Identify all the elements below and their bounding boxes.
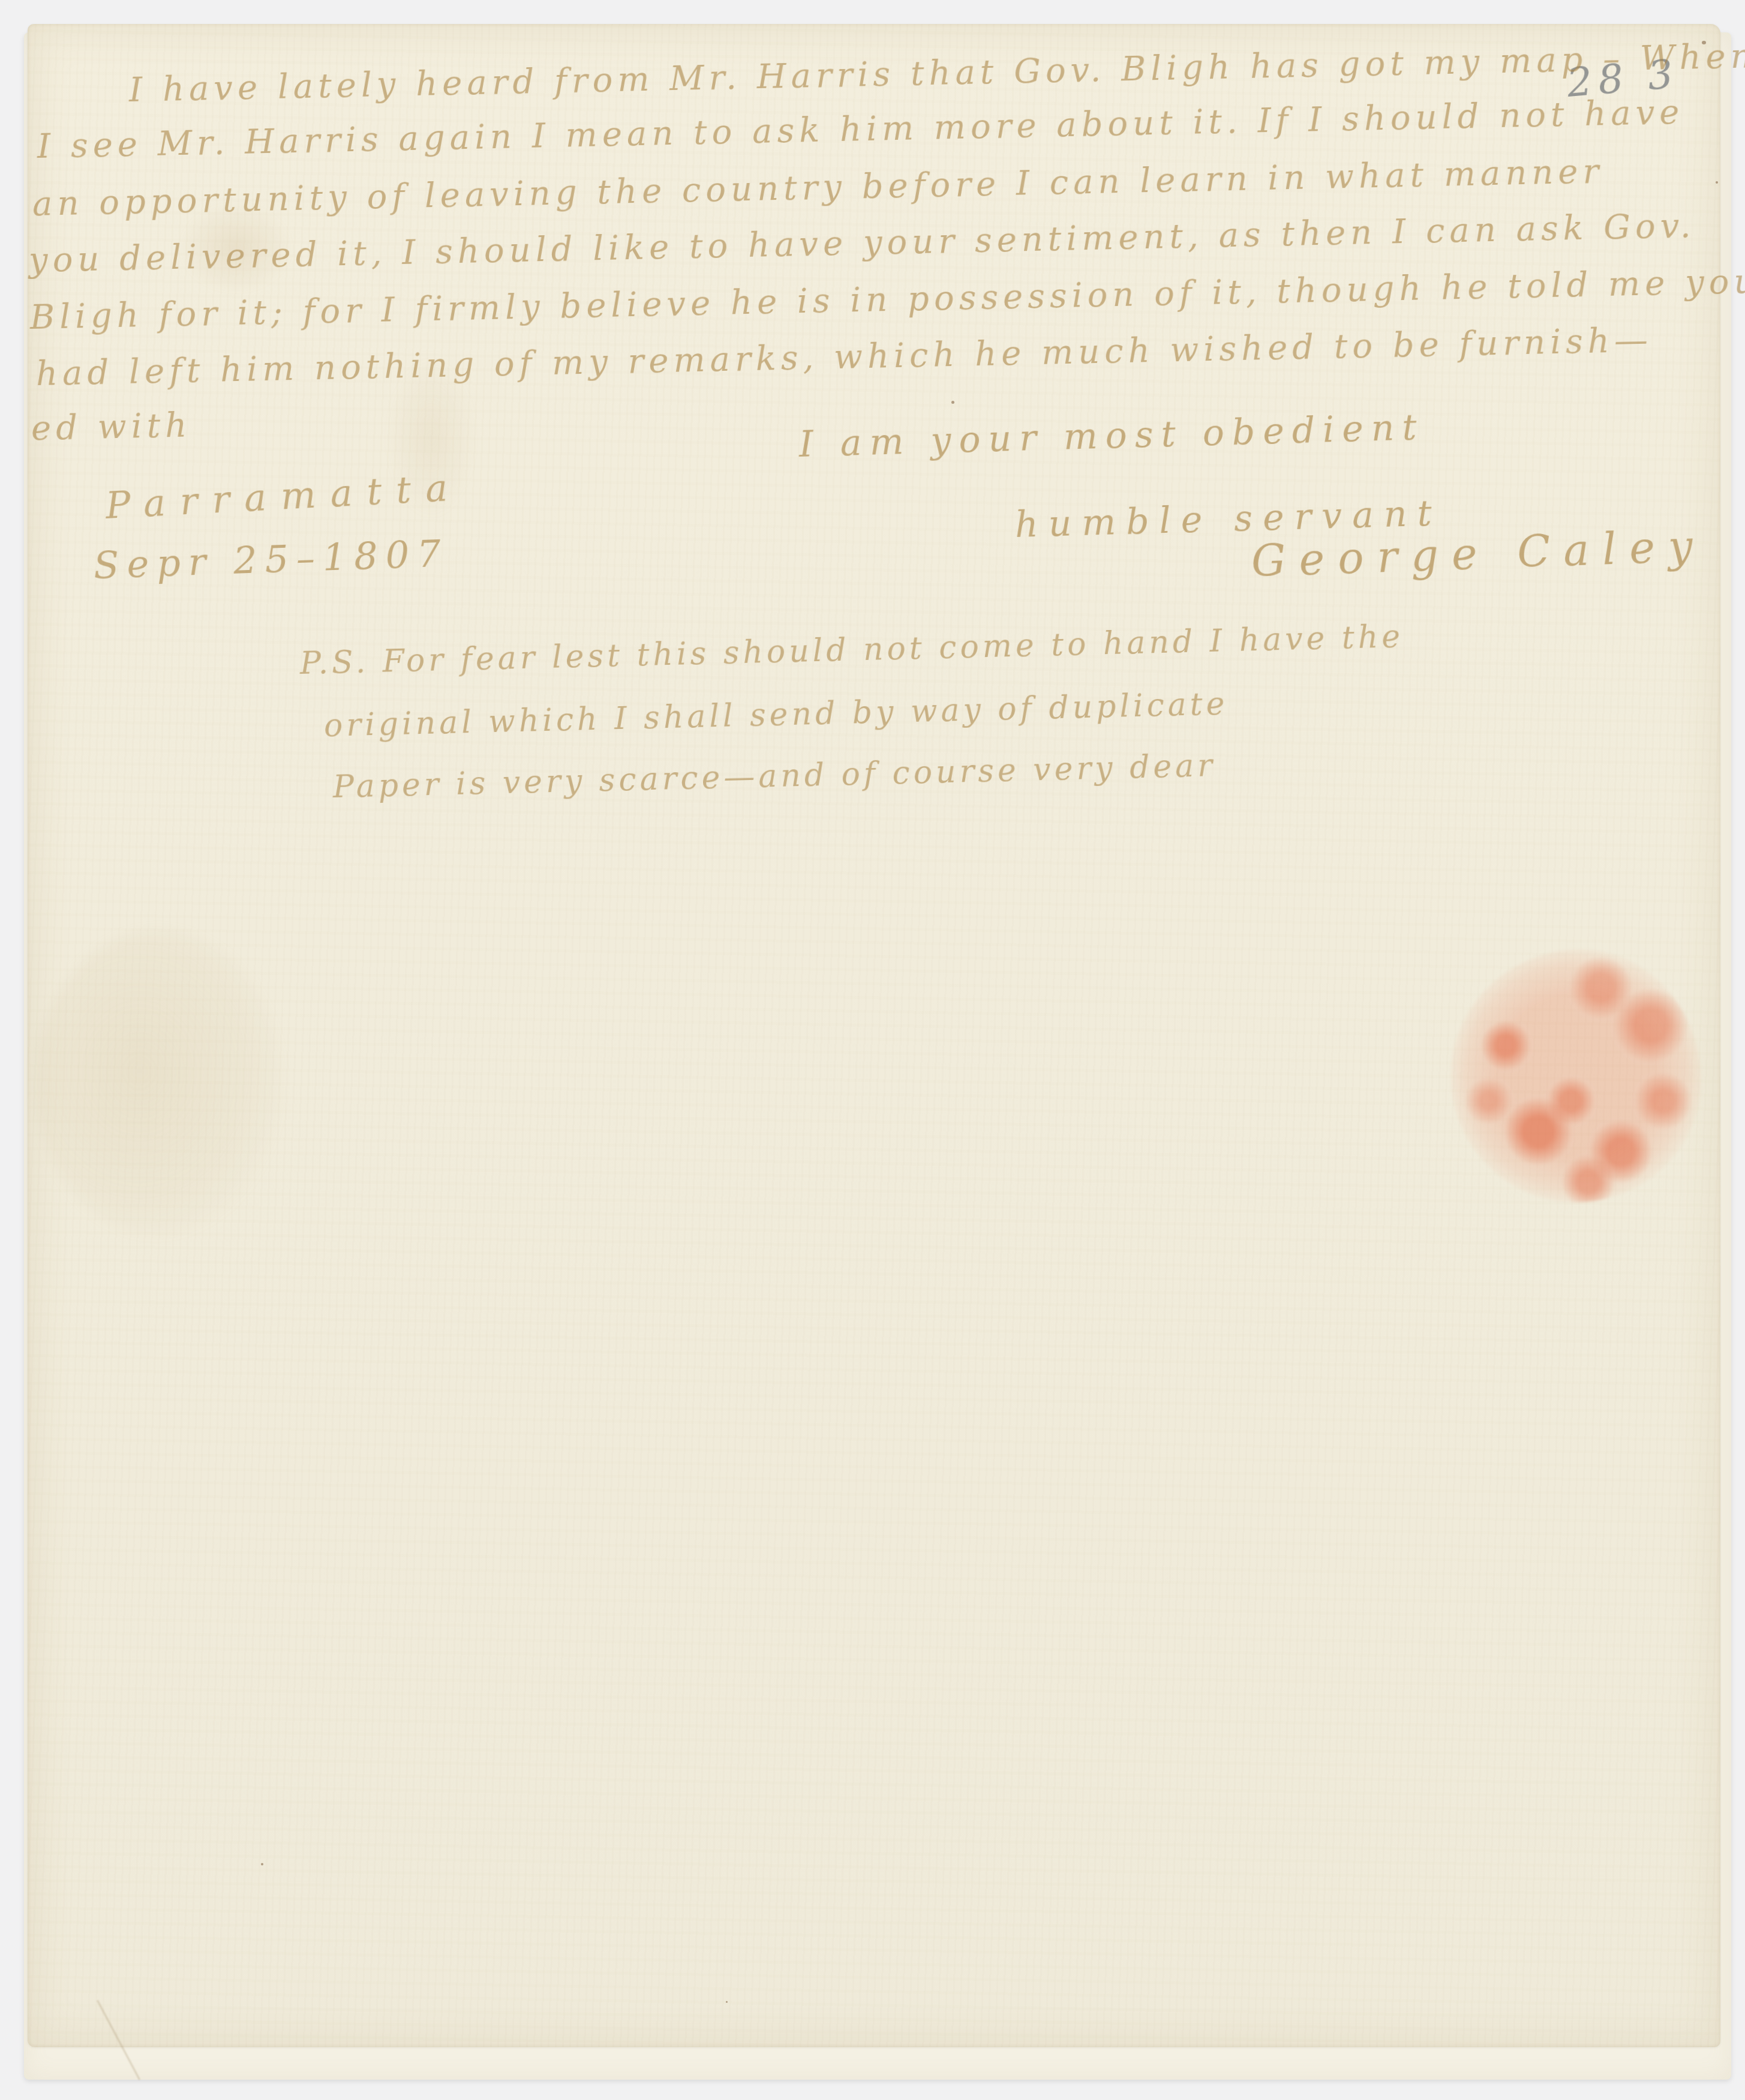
paper-speck [726,2001,728,2003]
wax-seal-stain [1450,949,1701,1202]
water-stain [36,930,282,1236]
paper-speck [261,1863,263,1865]
letter-paper: 28 3 I have lately heard from Mr. Harris… [28,24,1720,2047]
letter-line: ed with [31,406,192,448]
scan-background: { "document": { "kind": "handwritten-let… [0,0,1745,2100]
postscript-line: Paper is very scarce—and of course very … [332,748,1216,805]
dateline-place: Parramatta [104,465,463,527]
paper-speck [1716,181,1718,184]
dateline-date: Sepr 25–1807 [93,531,449,587]
postscript-line: P.S. For fear lest this should not come … [299,619,1404,682]
paper-speck [951,401,954,404]
postscript-line: original which I shall send by way of du… [323,686,1229,744]
closing-line: I am your most obedient [798,406,1425,466]
